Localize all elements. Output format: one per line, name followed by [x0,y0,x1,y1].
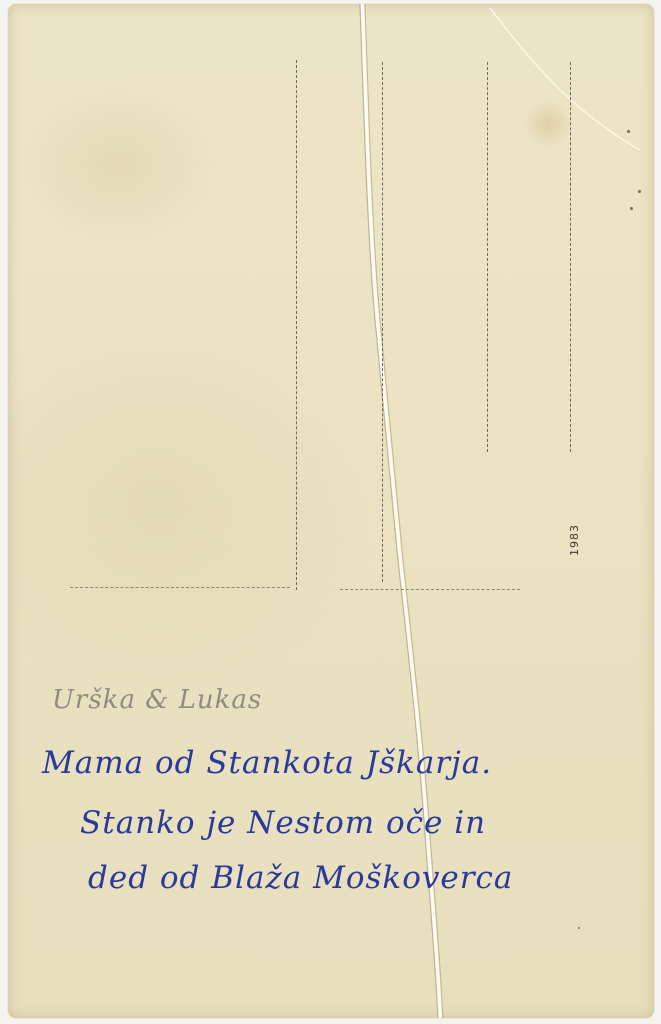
paper-spot [627,130,630,133]
ink-note-line-1: Mama od Stankota Jškarja. [42,745,492,781]
address-dashed-line-1 [382,62,383,582]
ink-note-line-3: ded od Blaža Moškoverca [88,860,513,896]
bottom-dashed-line-left [70,587,290,588]
address-dashed-line-2 [487,62,488,452]
paper-spot [638,190,641,193]
divider-dashed-line [296,60,297,590]
pencil-note: Urška & Lukas [52,685,262,715]
address-dashed-line-3 [570,62,571,452]
bottom-dashed-line-right [340,589,520,590]
ink-note-line-2: Stanko je Nestom oče in [80,805,486,841]
paper-spot [578,927,580,929]
paper-spot [630,207,633,210]
printed-year: 1983 [568,524,581,556]
